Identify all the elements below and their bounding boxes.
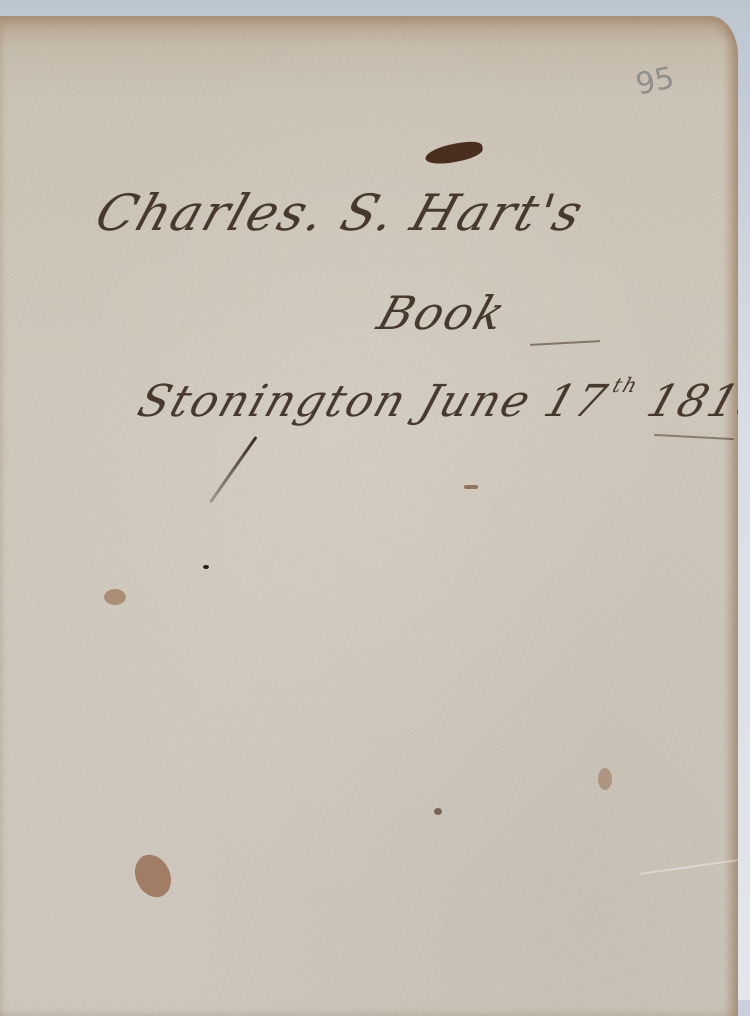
ink-dot xyxy=(203,565,209,569)
paper-top-edge xyxy=(0,16,738,46)
foxing-stain xyxy=(434,808,442,815)
pencil-mark: 95 xyxy=(633,60,678,102)
inscription-owner-name: Charles. S. Hart's xyxy=(89,184,592,242)
foxing-stain xyxy=(104,589,126,605)
inscription-day: 17 xyxy=(538,376,615,427)
date-underline xyxy=(654,434,734,440)
ink-blot xyxy=(424,139,484,167)
foxing-stain xyxy=(128,849,177,903)
inscription-month: June xyxy=(413,376,538,427)
paper-right-edge xyxy=(724,16,738,1000)
inscription-place-date: Stonington June 17th 1818 xyxy=(132,376,738,427)
inscription-year: 1818 xyxy=(641,376,738,427)
book-underline xyxy=(530,340,600,346)
inscription-book: Book xyxy=(371,286,514,340)
inscription-place: Stonington xyxy=(132,376,414,427)
foxing-stain xyxy=(598,768,612,790)
inscription-day-suffix: th xyxy=(610,373,643,397)
ink-dash xyxy=(464,485,478,489)
paper-page: 95 Charles. S. Hart's Book Stonington Ju… xyxy=(0,16,738,1000)
pen-flourish xyxy=(209,436,257,503)
